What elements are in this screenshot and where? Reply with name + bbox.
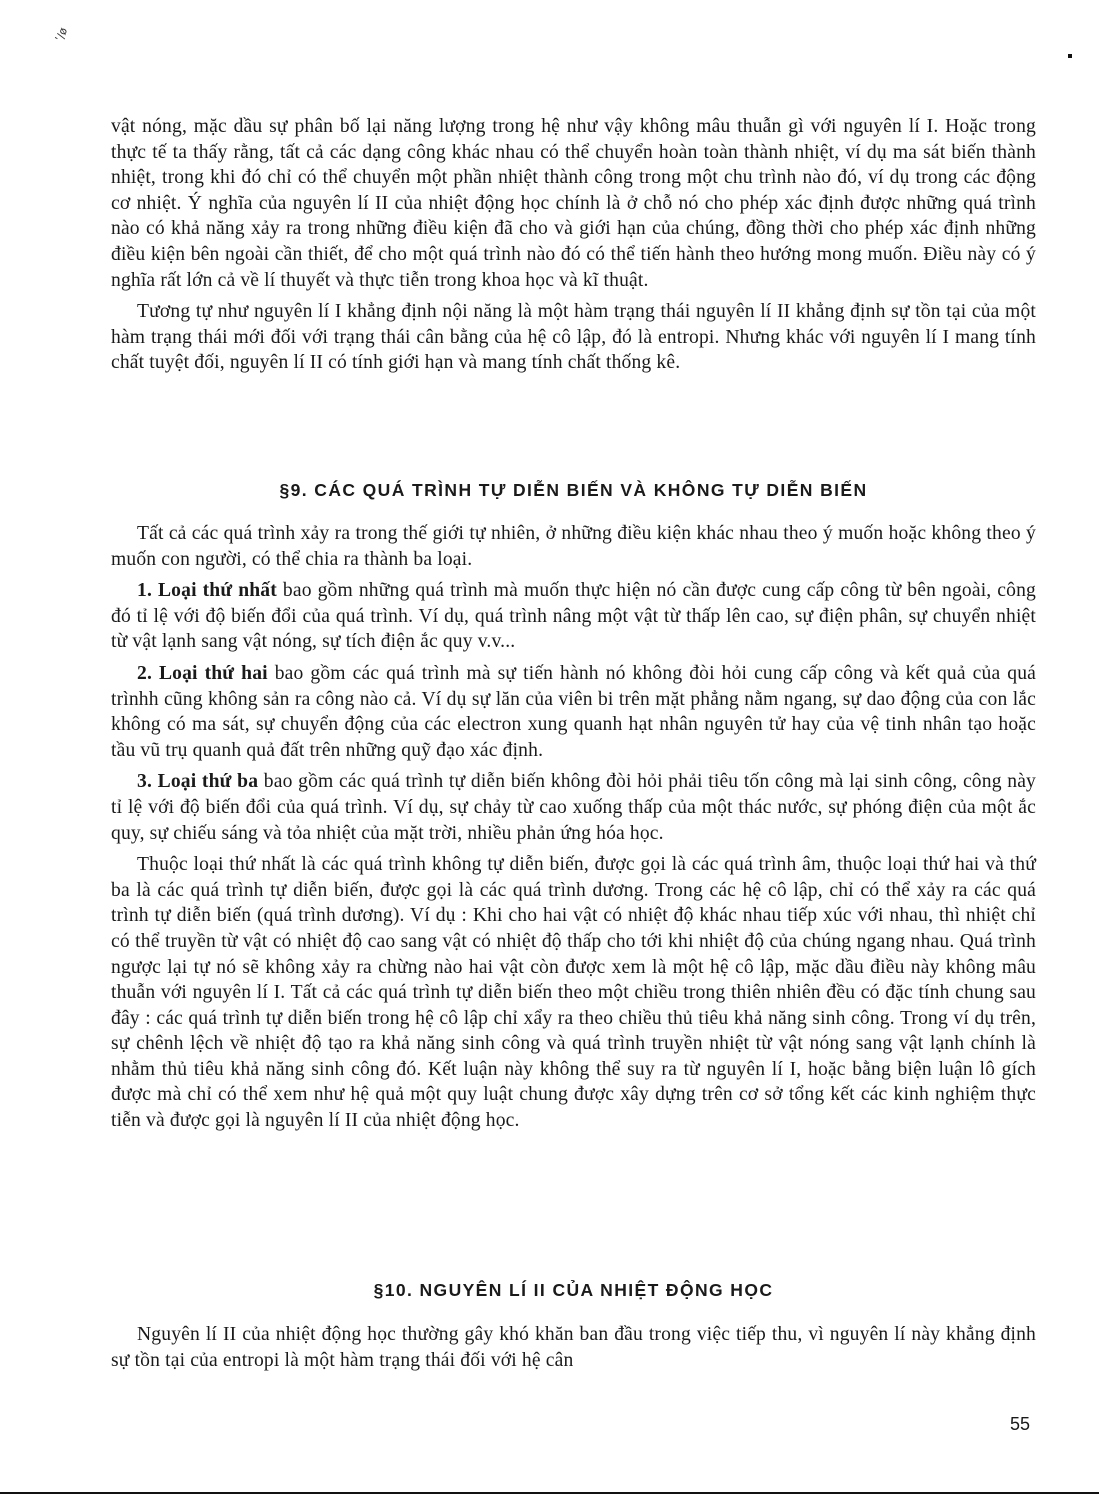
item-2-lead: 2. Loại thứ hai — [137, 663, 268, 684]
scan-artifact-mark: ʹ/ø — [53, 26, 70, 43]
section-9-heading: §9. CÁC QUÁ TRÌNH TỰ DIỄN BIẾN VÀ KHÔNG … — [111, 480, 1036, 501]
intro-block: vật nóng, mặc dầu sự phân bố lại năng lư… — [111, 114, 1036, 376]
section-9-item-3: 3. Loại thứ ba bao gồm các quá trình tự … — [111, 769, 1036, 846]
section-9-conclusion: Thuộc loại thứ nhất là các quá trình khô… — [111, 852, 1036, 1134]
section-9-item-1: 1. Loại thứ nhất bao gồm những quá trình… — [111, 578, 1036, 655]
document-page: ʹ/ø vật nóng, mặc dầu sự phân bố lại năn… — [0, 0, 1099, 1495]
section-9-item-2: 2. Loại thứ hai bao gồm các quá trình mà… — [111, 661, 1036, 763]
section-9-body: Tất cả các quá trình xảy ra trong thế gi… — [111, 521, 1036, 1134]
page-number: 55 — [1010, 1414, 1030, 1435]
item-3-lead: 3. Loại thứ ba — [137, 771, 258, 792]
scan-artifact-dot — [1068, 54, 1072, 58]
intro-paragraph-2: Tương tự như nguyên lí I khẳng định nội … — [111, 299, 1036, 376]
intro-paragraph-1: vật nóng, mặc dầu sự phân bố lại năng lư… — [111, 114, 1036, 293]
section-10-heading: §10. NGUYÊN LÍ II CỦA NHIỆT ĐỘNG HỌC — [111, 1280, 1036, 1301]
section-10-paragraph-1: Nguyên lí II của nhiệt động học thường g… — [111, 1322, 1036, 1373]
page-bottom-border — [0, 1492, 1099, 1494]
item-1-lead: 1. Loại thứ nhất — [137, 580, 277, 601]
section-10-body: Nguyên lí II của nhiệt động học thường g… — [111, 1322, 1036, 1373]
section-9-intro: Tất cả các quá trình xảy ra trong thế gi… — [111, 521, 1036, 572]
